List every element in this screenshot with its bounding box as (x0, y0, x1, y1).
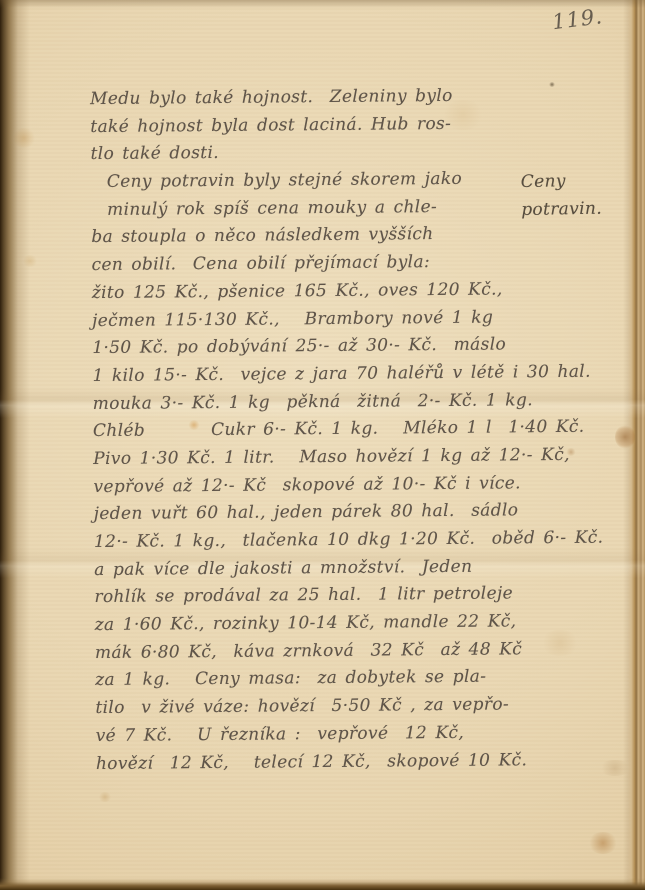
bottom-page-edge (0, 878, 645, 890)
handwriting-line: mouka 3·- Kč. 1 kg pěkná žitná 2·- Kč. 1… (93, 387, 563, 419)
handwriting-line: žito 125 Kč., pšenice 165 Kč., oves 120 … (92, 276, 562, 308)
handwriting-line: minulý rok spíš cena mouky a chle- (91, 193, 561, 225)
handwriting-line: Medu bylo také hojnost. Zeleniny bylo (90, 82, 560, 114)
handwriting-line: 1·50 Kč. po dobývání 25·- až 30·- Kč. má… (92, 331, 562, 363)
handwriting-line: jeden vuřt 60 hal., jeden párek 80 hal. … (94, 497, 564, 529)
manuscript-page-photo: 119. Ceny potravin. Medu bylo také hojno… (0, 0, 645, 890)
foxing-stain (98, 792, 112, 802)
handwriting-line: vé 7 Kč. U řezníka : vepřové 12 Kč, (96, 719, 566, 751)
handwriting-line: za 1·60 Kč., rozinky 10-14 Kč, mandle 22… (95, 608, 565, 640)
handwriting-line: za 1 kg. Ceny masa: za dobytek se pla- (95, 663, 565, 695)
foxing-stain (588, 832, 618, 854)
handwriting-line: Ceny potravin byly stejné skorem jako (91, 165, 561, 197)
page-edge-stack (623, 0, 645, 890)
handwriting-line: Chléb Cukr 6·- Kč. 1 kg. Mléko 1 l 1·40 … (93, 414, 563, 446)
handwriting-line: ječmen 115·130 Kč., Brambory nové 1 kg (92, 303, 562, 335)
handwriting-line: cen obilí. Cena obilí přejímací byla: (91, 248, 561, 280)
handwriting-line: hovězí 12 Kč, telecí 12 Kč, skopové 10 K… (96, 746, 566, 778)
handwriting-line: 1 kilo 15·- Kč. vejce z jara 70 haléřů v… (92, 359, 562, 391)
handwriting-line: a pak více dle jakosti a množství. Jeden (94, 553, 564, 585)
handwriting-line: Pivo 1·30 Kč. 1 litr. Maso hovězí 1 kg a… (93, 442, 563, 474)
handwritten-text: Medu bylo také hojnost. Zeleniny bylo ta… (90, 82, 566, 778)
handwriting-line: mák 6·80 Kč, káva zrnková 32 Kč až 48 Kč (95, 636, 565, 668)
handwriting-line: tlo také dosti. (90, 137, 560, 169)
binding-edge (0, 0, 30, 890)
handwriting-line: 12·- Kč. 1 kg., tlačenka 10 dkg 1·20 Kč.… (94, 525, 564, 557)
handwriting-line: rohlík se prodával za 25 hal. 1 litr pet… (94, 580, 564, 612)
handwriting-line: také hojnost byla dost laciná. Hub ros- (90, 110, 560, 142)
handwriting-line: tilo v živé váze: hovězí 5·50 Kč , za ve… (95, 691, 565, 723)
top-edge-shadow (0, 0, 645, 8)
handwriting-line: vepřové až 12·- Kč skopové až 10·- Kč i … (93, 470, 563, 502)
handwriting-line: ba stoupla o něco následkem vyšších (91, 220, 561, 252)
